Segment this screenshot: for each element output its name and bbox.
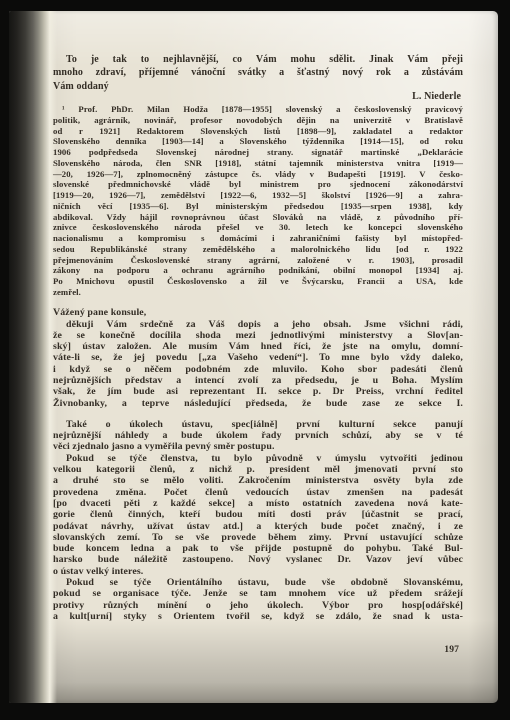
text-line: nejrůznějších představ a intencí zvolí z… [53, 375, 463, 386]
text-line: protivy různých mínění o jeho úkolech. V… [53, 600, 463, 611]
letter-paragraph-3: Pokud se týče členstva, tu bylo původně … [53, 453, 463, 577]
text-line: váte-li se, že jej povedu [„za Vašeho ve… [53, 352, 463, 363]
text-line: gorie členů činných, kteří budou míti do… [53, 509, 463, 520]
text-line: nejrůznější náhledy a bude úkolem řady p… [53, 430, 463, 441]
text-line: To je tak to nejhlavnější, co Vám mohu s… [53, 53, 463, 66]
text-line: ničních věcí [1935—6]. Byl ministerským … [53, 201, 463, 212]
page-text-column: To je tak to nejhlavnější, co Vám mohu s… [53, 53, 463, 655]
text-line: —20, 1926—7], zplnomocněný zástupce čs. … [53, 169, 463, 180]
text-line: a kult[urní] styky s Orientem tvořil se,… [53, 611, 463, 622]
letter-salutation: Vážený pane konsule, [53, 307, 463, 318]
letter-closing-paragraph: To je tak to nejhlavnější, co Vám mohu s… [53, 53, 463, 93]
text-line: nacionalismu a kompromisu s domácími i z… [53, 233, 463, 244]
text-line: slovenské předmnichovské vládě byl minis… [53, 179, 463, 190]
text-line: věci zjednalo jasno a vyměřila pevný smě… [53, 441, 463, 452]
text-line: o ústav velký interes. [53, 566, 463, 577]
text-line: Slovenského národa, člen SNR [1918], stá… [53, 158, 463, 169]
text-line: politik, agrárník, novinář, profesor nov… [53, 115, 463, 126]
text-line: i když se o něčem podobném zde mluvilo. … [53, 364, 463, 375]
text-line: sedou Republikánské strany zemědělského … [53, 244, 463, 255]
text-line: zemřel. [53, 287, 463, 298]
text-line: podávat návrhy, užívat ústav atd.] a kte… [53, 521, 463, 532]
text-line: znivce československého národa přešel ve… [53, 222, 463, 233]
text-line: ský] ústav založen. Ale musím Vám hned ř… [53, 341, 463, 352]
text-line: bude koncem ledna a pak to vše přijde po… [53, 543, 463, 554]
text-line: [po dvaceti pěti z každé sekce] a místo … [53, 498, 463, 509]
text-line: a druhé sto se mělo voliti. Zakročením m… [53, 475, 463, 486]
letter-paragraph-2: Také o úkolech ústavu, spec[iálně] první… [53, 419, 463, 453]
book-page: To je tak to nejhlavnější, co Vám mohu s… [9, 11, 498, 703]
letter-paragraph-4: Pokud se týče Orientálního ústavu, bude … [53, 577, 463, 622]
text-line: Po Mnichovu opustil Československo a žil… [53, 276, 463, 287]
text-line: [1919—20, 1926—7], zemědělství [1922—6, … [53, 190, 463, 201]
text-line: Živnobanky, a teprve následující předsed… [53, 398, 463, 409]
text-line: od r 1921] Redaktorem Slovenských listů … [53, 126, 463, 137]
text-line: slovanských zemí. To se vše provede běhe… [53, 532, 463, 543]
text-line: 1906 podpředseda Slovenskej národnej str… [53, 147, 463, 158]
text-line: abdikoval. Vždy hájil rovnoprávnou účast… [53, 212, 463, 223]
text-line: Slovenského denníka [1903—14] a Slovensk… [53, 136, 463, 147]
text-line: Pokud se týče členstva, tu bylo původně … [53, 453, 463, 464]
text-line: mnoho zdraví, příjemné vánoční svátky a … [53, 66, 463, 79]
text-line: ¹ Prof. PhDr. Milan Hodža [1878—1955] sl… [53, 104, 463, 115]
text-line: harsko bude náležitě zastoupeno. Nový vy… [53, 554, 463, 565]
text-line: provedena změna. Počet členů vedoucích ú… [53, 487, 463, 498]
text-line: děkuji Vám srdečně za Váš dopis a jeho o… [53, 319, 463, 330]
text-line: zákony na podporu a ochranu agrárního po… [53, 265, 463, 276]
page-number: 197 [53, 644, 463, 655]
page-spine-shadow [9, 11, 57, 703]
text-line: pokud se organisace týče. Jenže se tam m… [53, 588, 463, 599]
text-line: Pokud se týče Orientálního ústavu, bude … [53, 577, 463, 588]
text-line: Také o úkolech ústavu, spec[iálně] první… [53, 419, 463, 430]
footnote-biography: ¹ Prof. PhDr. Milan Hodža [1878—1955] sl… [53, 104, 463, 298]
book-photo: To je tak to nejhlavnější, co Vám mohu s… [0, 0, 510, 720]
letter-signature: L. Niederle [53, 91, 463, 102]
text-line: přejmenováním Československé strany agrá… [53, 255, 463, 266]
text-line: však, že jím bude asi reprezentant II. s… [53, 386, 463, 397]
text-line: velkou kategorii členů, z nichž p. presi… [53, 464, 463, 475]
letter-paragraph-1: děkuji Vám srdečně za Váš dopis a jeho o… [53, 319, 463, 409]
text-line: že se konečně docílila shoda mezi jednot… [53, 330, 463, 341]
